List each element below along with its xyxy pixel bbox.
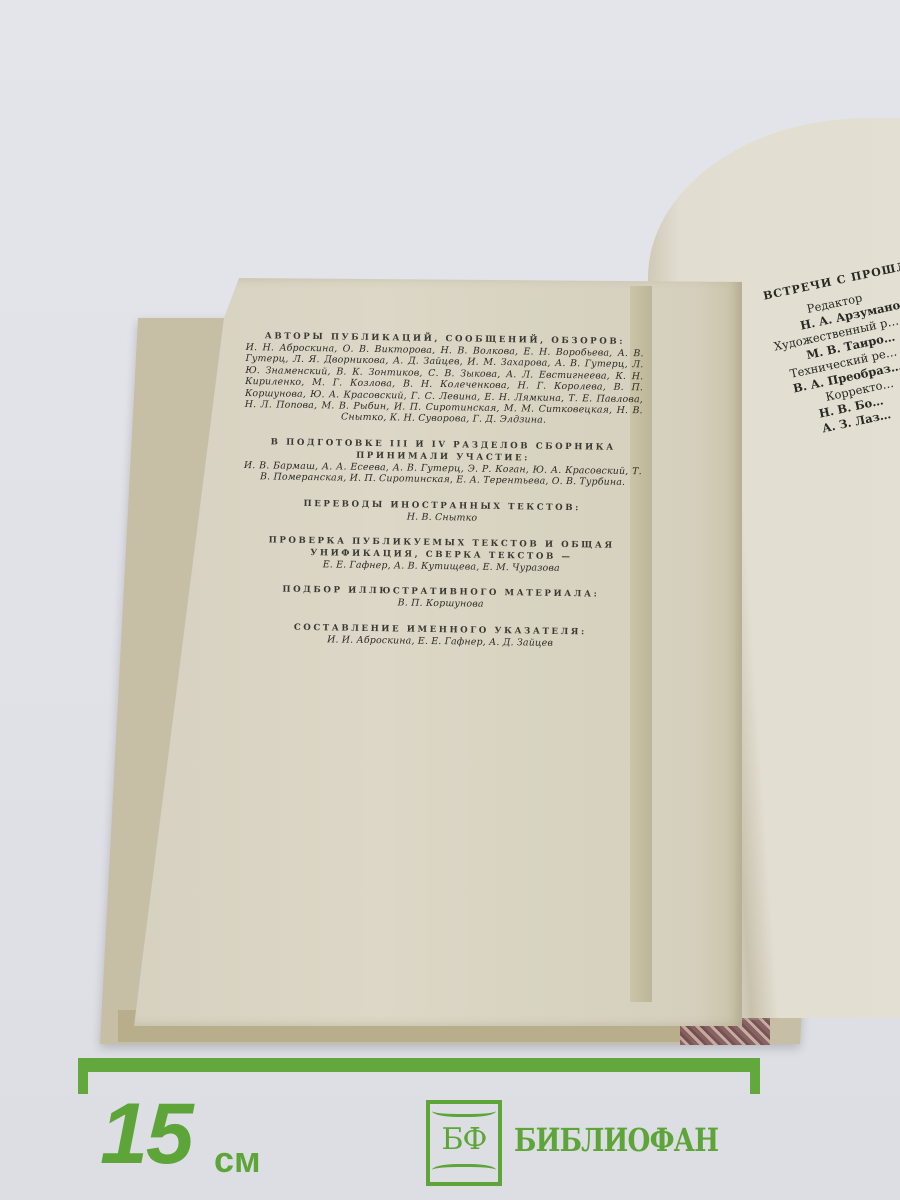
size-value: 15 [100,1084,192,1184]
brand-name: БИБЛИОФАН [514,1118,718,1162]
size-unit: см [214,1140,261,1180]
brand-mark: БФ [430,1118,498,1162]
left-page-credits: Авторы публикаций, сообщений, обзоров: И… [241,330,644,664]
size-ruler-bar [78,1058,760,1072]
section-names: И. В. Бармаш, А. А. Есеева, А. В. Гутерц… [244,460,642,489]
credits-section-preparation: В подготовке III и IV разделов сборника … [244,436,643,489]
book-icon-top-curve [432,1102,496,1117]
credits-section-authors: Авторы публикаций, сообщений, обзоров: И… [245,330,644,428]
credits-section-translations: Переводы иностранных текстов: Н. В. Сныт… [243,497,641,527]
size-ruler-tick-right [750,1058,760,1094]
section-names: И. Н. Аброскина, О. В. Викторова, Н. В. … [245,342,644,428]
book-photo-scene: Авторы публикаций, сообщений, обзоров: И… [0,0,900,1200]
credits-section-verification: Проверка публикуемых текстов и общая уни… [242,534,641,576]
credits-section-index: Составление именного указателя: И. И. Аб… [241,621,639,651]
size-ruler-tick-left [78,1058,88,1094]
credits-section-illustrations: Подбор иллюстративного материала: В. П. … [242,583,640,613]
book-icon-bottom-curve [432,1164,496,1179]
